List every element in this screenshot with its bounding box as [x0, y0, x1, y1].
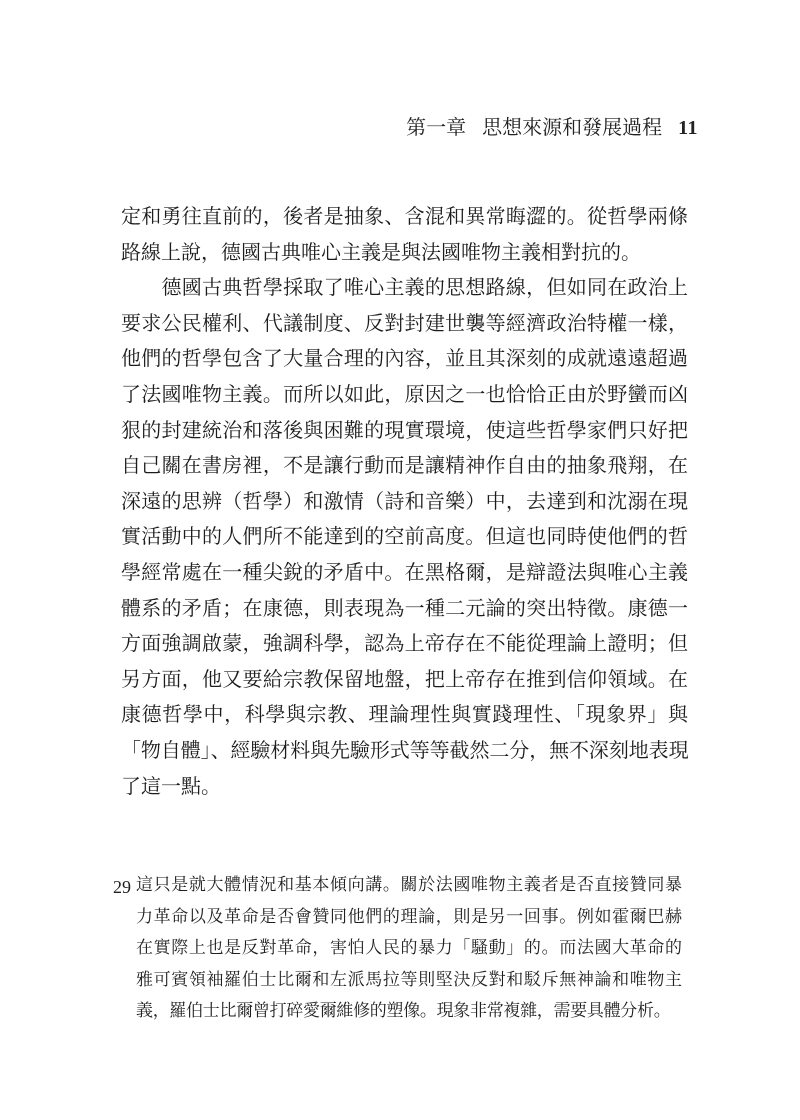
body-line: 德國古典哲學採取了唯心主義的思想路線，但如同在政治上 [121, 271, 688, 307]
body-line: 了這一點。 [121, 770, 688, 806]
body-line: 狠的封建統治和落後與困難的現實環境，使這些哲學家們只好把 [121, 414, 688, 450]
body-text: 定和勇往直前的，後者是抽象、含混和異常晦澀的。從哲學兩條 路線上說，德國古典唯心… [121, 200, 688, 805]
body-line: 「物自體」、經驗材料與先驗形式等等截然二分，無不深刻地表現 [121, 734, 688, 770]
book-page: 第一章 思想來源和發展過程 11 定和勇往直前的，後者是抽象、含混和異常晦澀的。… [0, 0, 800, 1120]
page-number: 11 [678, 116, 698, 140]
body-line: 深遠的思辨（哲學）和激情（詩和音樂）中，去達到和沈溺在現 [121, 485, 688, 521]
body-line: 了法國唯物主義。而所以如此，原因之一也恰恰正由於野蠻而凶 [121, 378, 688, 414]
running-head: 第一章 思想來源和發展過程 11 [406, 116, 698, 140]
body-line: 體系的矛盾；在康德，則表現為一種二元論的突出特徵。康德一 [121, 592, 688, 628]
footnote-line: 在實際上也是反對革命，害怕人民的暴力「騷動」的。而法國大革命的 [136, 932, 682, 964]
footnote: 這只是就大體情況和基本傾向講。關於法國唯物主義者是否直接贊同暴 力革命以及革命是… [136, 869, 682, 1027]
footnote-line: 雅可賓領袖羅伯士比爾和左派馬拉等則堅決反對和駁斥無神論和唯物主 [136, 964, 682, 996]
chapter-title: 思想來源和發展過程 [482, 116, 662, 140]
footnote-line: 力革命以及革命是否會贊同他們的理論，則是另一回事。例如霍爾巴赫 [136, 901, 682, 933]
body-line: 學經常處在一種尖銳的矛盾中。在黑格爾，是辯證法與唯心主義 [121, 556, 688, 592]
body-line: 路線上說，德國古典唯心主義是與法國唯物主義相對抗的。 [121, 236, 688, 272]
body-line: 實活動中的人們所不能達到的空前高度。但這也同時使他們的哲 [121, 520, 688, 556]
body-line: 定和勇往直前的，後者是抽象、含混和異常晦澀的。從哲學兩條 [121, 200, 688, 236]
chapter-label: 第一章 [406, 116, 466, 140]
footnote-line: 這只是就大體情況和基本傾向講。關於法國唯物主義者是否直接贊同暴 [136, 869, 682, 901]
footnote-line: 義，羅伯士比爾曾打碎愛爾維修的塑像。現象非常複雜，需要具體分析。 [136, 995, 682, 1027]
footnote-number: 29 [113, 872, 131, 904]
body-line: 方面強調啟蒙，強調科學，認為上帝存在不能從理論上證明；但 [121, 627, 688, 663]
body-line: 他們的哲學包含了大量合理的內容，並且其深刻的成就遠遠超過 [121, 342, 688, 378]
body-line: 康德哲學中，科學與宗教、理論理性與實踐理性、「現象界」與 [121, 698, 688, 734]
body-line: 要求公民權利、代議制度、反對封建世襲等經濟政治特權一樣， [121, 307, 688, 343]
body-line: 自己關在書房裡，不是讓行動而是讓精神作自由的抽象飛翔，在 [121, 449, 688, 485]
body-line: 另方面，他又要給宗教保留地盤，把上帝存在推到信仰領域。在 [121, 663, 688, 699]
